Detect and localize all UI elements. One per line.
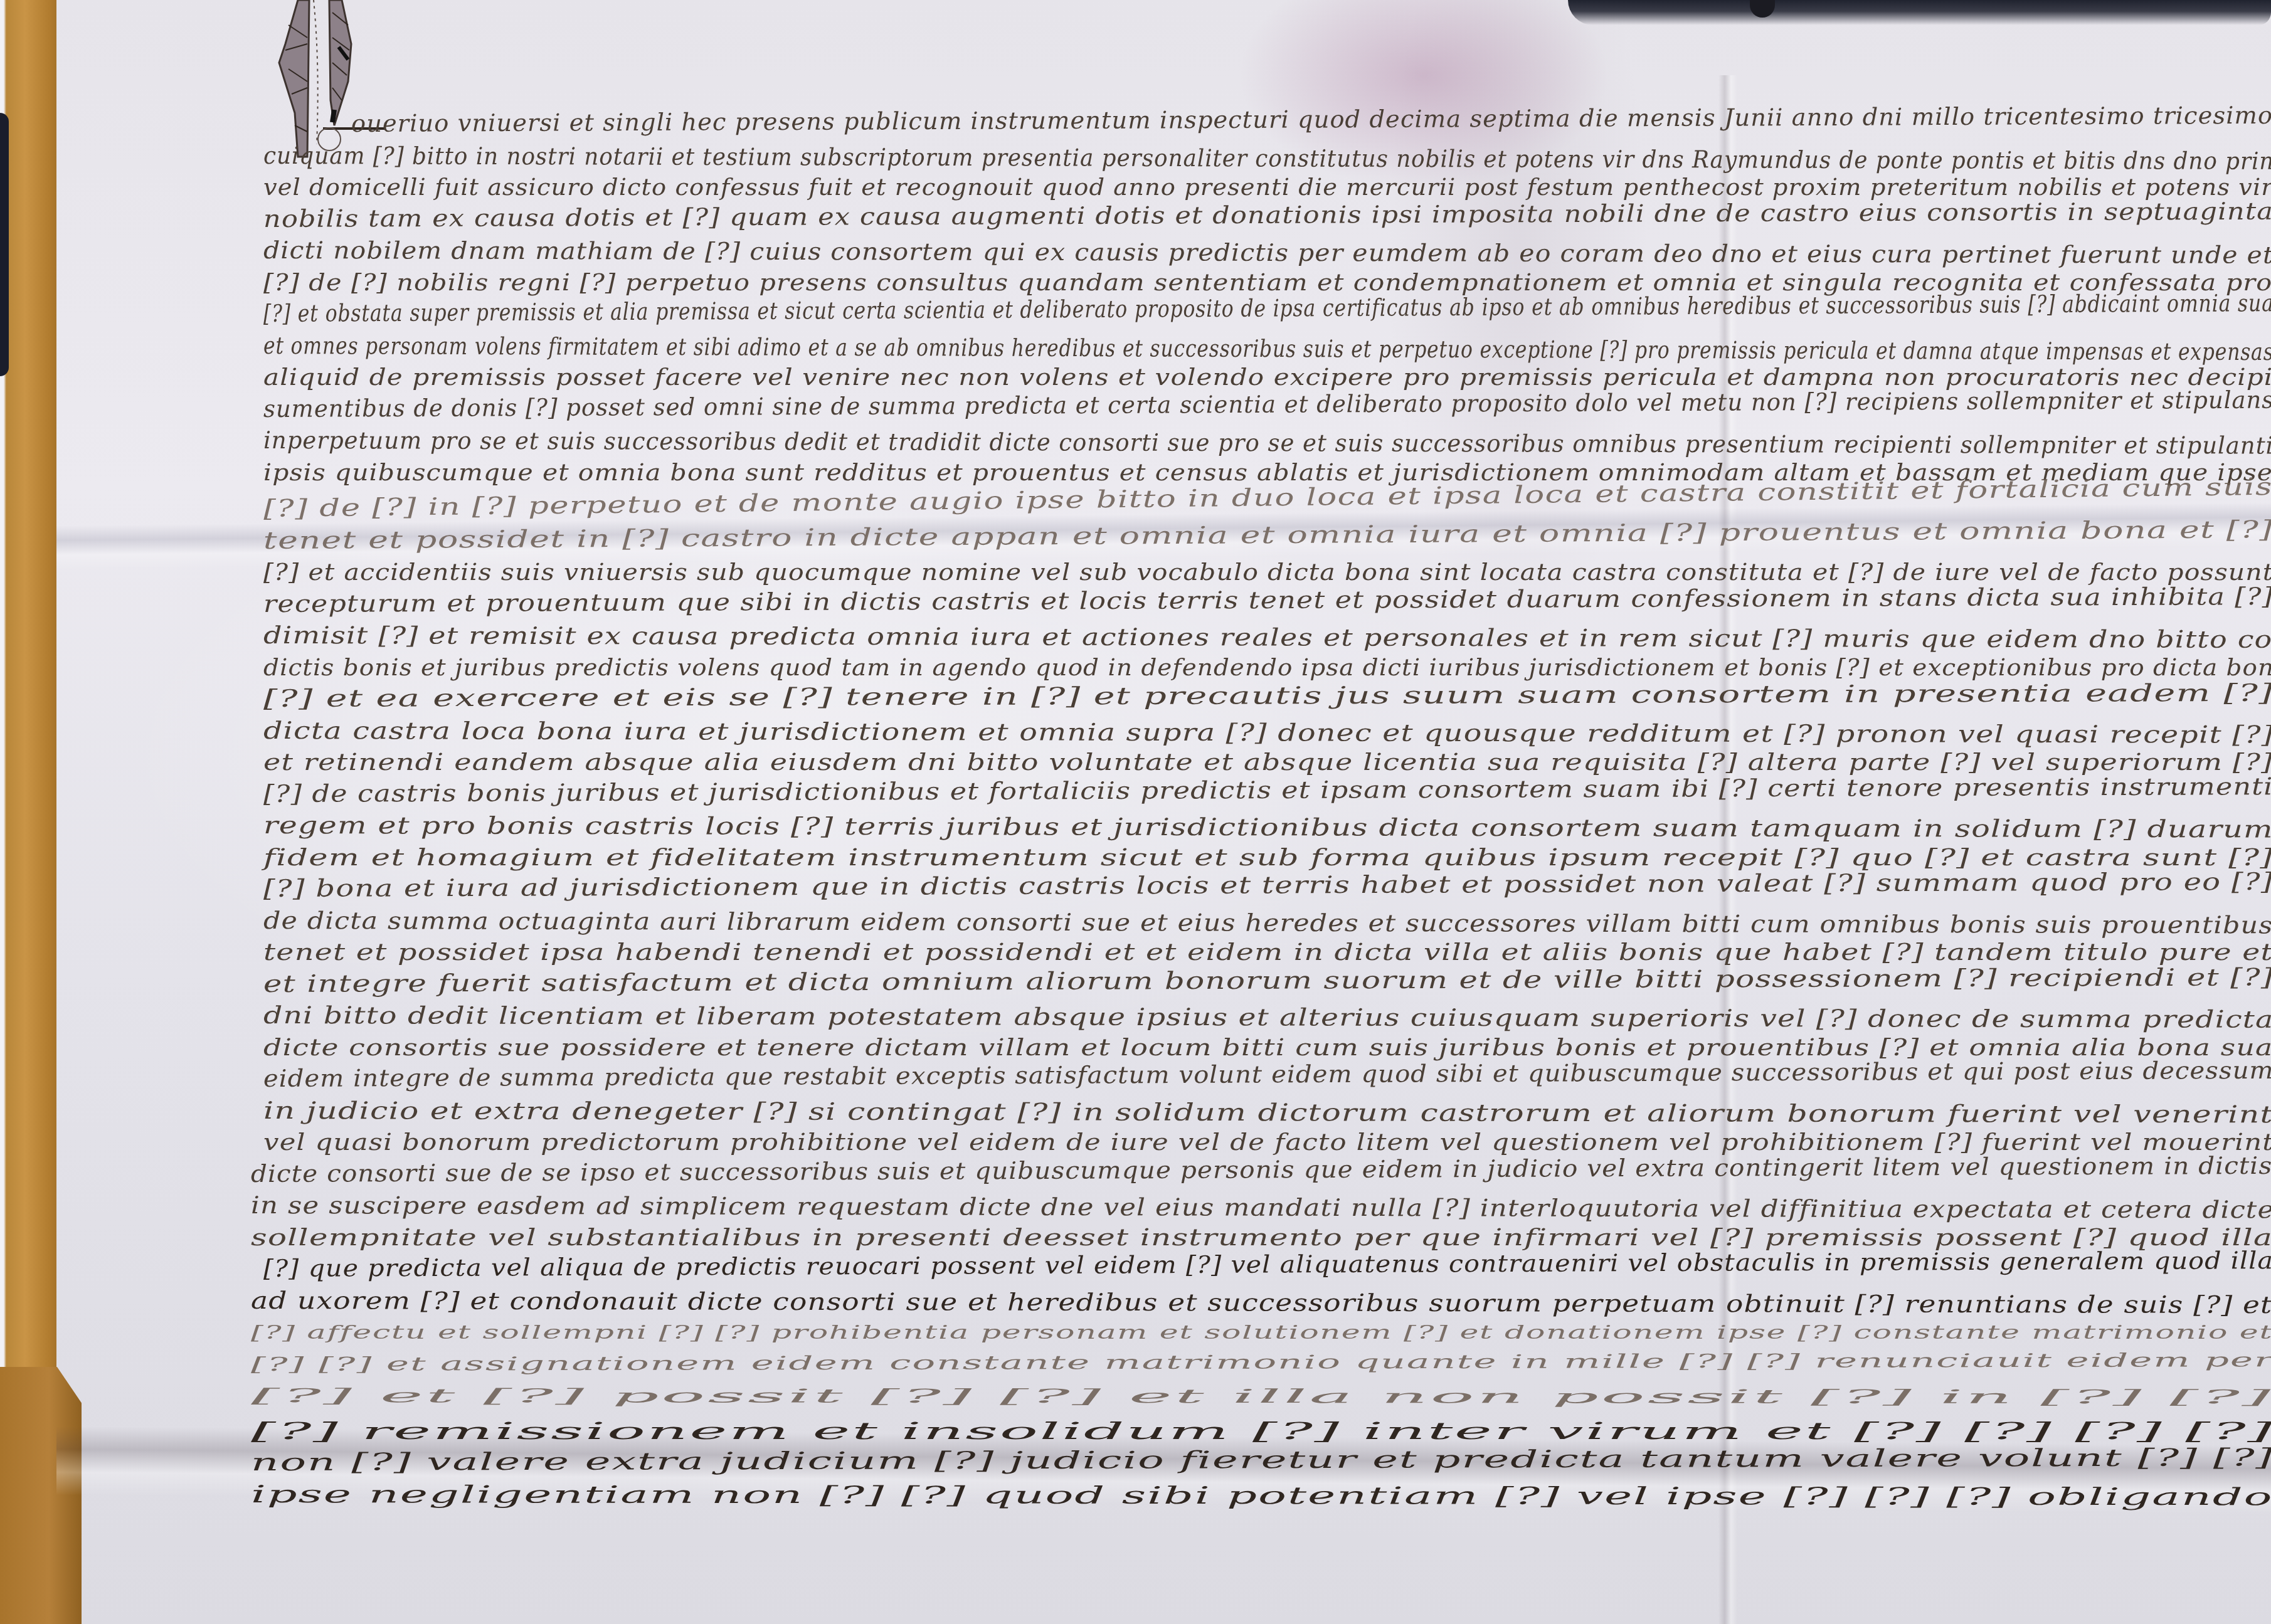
manuscript-photo: oueriuo vniuersi et singli hec presens p… bbox=[0, 0, 2271, 1624]
background-shadow bbox=[0, 113, 9, 376]
manuscript-line: [?] et [?] possit [?] [?] et illa non po… bbox=[251, 1385, 2271, 1418]
manuscript-line: dimisit [?] et remisit ex causa predicta… bbox=[263, 621, 2271, 657]
manuscript-line: et integre fuerit satisfactum et dicta o… bbox=[263, 963, 2271, 1001]
manuscript-line: ad uxorem [?] et condonauit dicte consor… bbox=[251, 1287, 2271, 1323]
manuscript-line: in se suscipere easdem ad simplicem requ… bbox=[251, 1191, 2271, 1228]
top-edge-shadow bbox=[1568, 0, 2271, 25]
manuscript-line: regem et pro bonis castris locis [?] ter… bbox=[263, 811, 2271, 847]
manuscript-line: [?] et ea exercere et eis se [?] tenere … bbox=[263, 679, 2271, 717]
manuscript-line: de dicta summa octuaginta auri librarum … bbox=[263, 907, 2271, 943]
wooden-frame-edge-lower bbox=[0, 1367, 82, 1624]
manuscript-line: in judicio et extra denegeter [?] si con… bbox=[263, 1097, 2271, 1132]
manuscript-line: dicta castra loca bona iura et jurisdict… bbox=[263, 717, 2271, 752]
manuscript-line: ipse negligentiam non [?] [?] quod sibi … bbox=[251, 1480, 2271, 1515]
manuscript-line: dni bitto dedit licentiam et liberam pot… bbox=[263, 1001, 2271, 1037]
manuscript-line: non [?] valere extra judicium [?] judici… bbox=[251, 1443, 2271, 1480]
manuscript-line: [?] affectu et sollempni [?] [?] prohibe… bbox=[251, 1322, 2271, 1354]
manuscript-line: [?] remissionem et insolidum [?] inter v… bbox=[251, 1417, 2271, 1449]
manuscript-line: [?] [?] et assignationem eidem constante… bbox=[251, 1349, 2271, 1385]
